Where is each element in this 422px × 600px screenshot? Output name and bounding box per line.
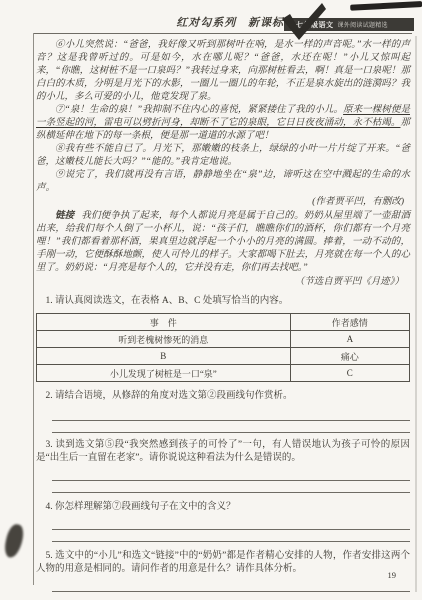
table-cell-event-1: 听到老槐树惨死的消息 bbox=[37, 331, 291, 348]
header-series: 红对勾系列 新课标 bbox=[176, 14, 284, 30]
page-content: ⑥小儿突然说：“爸爸，我好像又听到那树叶在响，是水一样的声音呢。”水一样的声音？… bbox=[36, 39, 410, 592]
link-label: 链接 bbox=[55, 211, 74, 221]
table-row: B 痛心 bbox=[37, 348, 410, 365]
table-cell-event-2: B bbox=[37, 348, 291, 365]
link-attribution: （节选自贾平凹《月迹》） bbox=[36, 275, 410, 290]
question-2: 2. 请结合语境，从修辞的角度对选文第②段画线句作赏析。 bbox=[36, 390, 410, 403]
author-attribution: (作者贾平凹，有删改) bbox=[36, 195, 410, 210]
band-subtitle-label: 课外阅读试题精选 bbox=[338, 20, 388, 29]
question-1: 1. 请认真阅读选文，在表格 A、B、C 处填写恰当的内容。 bbox=[36, 295, 410, 308]
answer-line bbox=[52, 518, 410, 530]
series-label: 红对勾系列 bbox=[176, 17, 236, 29]
scan-shadow bbox=[415, 36, 417, 592]
question-4: 4. 你怎样理解第⑦段画线句子在文中的含义？ bbox=[36, 501, 410, 514]
header-rule bbox=[33, 33, 412, 34]
question-3: 3. 读到选文第⑤段“我突然感到孩子的可怜了”一句，有人错误地认为孩子可怜的原因… bbox=[36, 439, 410, 465]
answer-line bbox=[52, 481, 410, 493]
answer-line bbox=[52, 530, 410, 542]
link-text: 我们便争执了起来，每个人都说月亮是属于自己的。奶奶从屋里端了一壶甜酒出来，给我们… bbox=[36, 211, 410, 273]
table-header-row: 事 件 作者感情 bbox=[37, 314, 410, 331]
answer-line bbox=[52, 580, 410, 592]
table-header-event: 事 件 bbox=[37, 314, 291, 331]
answer-line bbox=[52, 421, 410, 433]
paragraph-7-lead: ⑦“泉！生命的泉！”我抑制不住内心的喜悦，紧紧搂住了我的小儿。 bbox=[55, 105, 343, 115]
table-cell-feeling-2: 痛心 bbox=[290, 348, 409, 365]
answer-line bbox=[52, 409, 410, 421]
passage-paragraph-6: ⑥小儿突然说：“爸爸，我好像又听到那树叶在响，是水一样的声音呢。”水一样的声音？… bbox=[36, 39, 410, 104]
answer-line bbox=[52, 469, 410, 481]
checkmark-icon bbox=[280, 2, 326, 45]
ink-smudge-artifact bbox=[3, 523, 26, 560]
page-number: 19 bbox=[388, 570, 397, 580]
table-cell-feeling-1: A bbox=[290, 331, 409, 348]
q1-table: 事 件 作者感情 听到老槐树惨死的消息 A B 痛心 小儿发现了树桩是一口“泉”… bbox=[36, 313, 410, 382]
standard-label: 新课标 bbox=[248, 17, 284, 29]
passage-paragraph-7: ⑦“泉！生命的泉！”我抑制不住内心的喜悦，紧紧搂住了我的小儿。原来一棵树便是一条… bbox=[36, 104, 410, 143]
table-header-feeling: 作者感情 bbox=[290, 314, 409, 331]
question-5: 5. 选文中的“小儿”和选文“链接”中的“奶奶”都是作者精心安排的人物，作者安排… bbox=[36, 550, 410, 576]
table-cell-event-3: 小儿发现了树桩是一口“泉” bbox=[37, 365, 291, 382]
passage-paragraph-9: ⑨说完了，我们就再没有言语，静静地坐在“泉”边，谛听这在空中溅起的生命的水声。 bbox=[36, 169, 410, 195]
table-row: 小儿发现了树桩是一口“泉” C bbox=[37, 365, 410, 382]
scanned-page: 红对勾系列 新课标 七年级语文 课外阅读试题精选 ⑥小儿突然说：“爸爸，我好像又… bbox=[0, 0, 422, 600]
scan-edge-artifact bbox=[350, 1, 422, 11]
link-paragraph: 链接我们便争执了起来，每个人都说月亮是属于自己的。奶奶从屋里端了一壶甜酒出来，给… bbox=[36, 210, 410, 275]
passage-paragraph-8: ⑧我有些不能自已了。月光下，那嫩嫩的枝条上，绿绿的小叶一片片绽了开来。“爸爸，这… bbox=[36, 143, 410, 169]
table-cell-feeling-3: C bbox=[290, 365, 409, 382]
table-row: 听到老槐树惨死的消息 A bbox=[37, 331, 410, 348]
left-margin-rule bbox=[33, 33, 34, 585]
